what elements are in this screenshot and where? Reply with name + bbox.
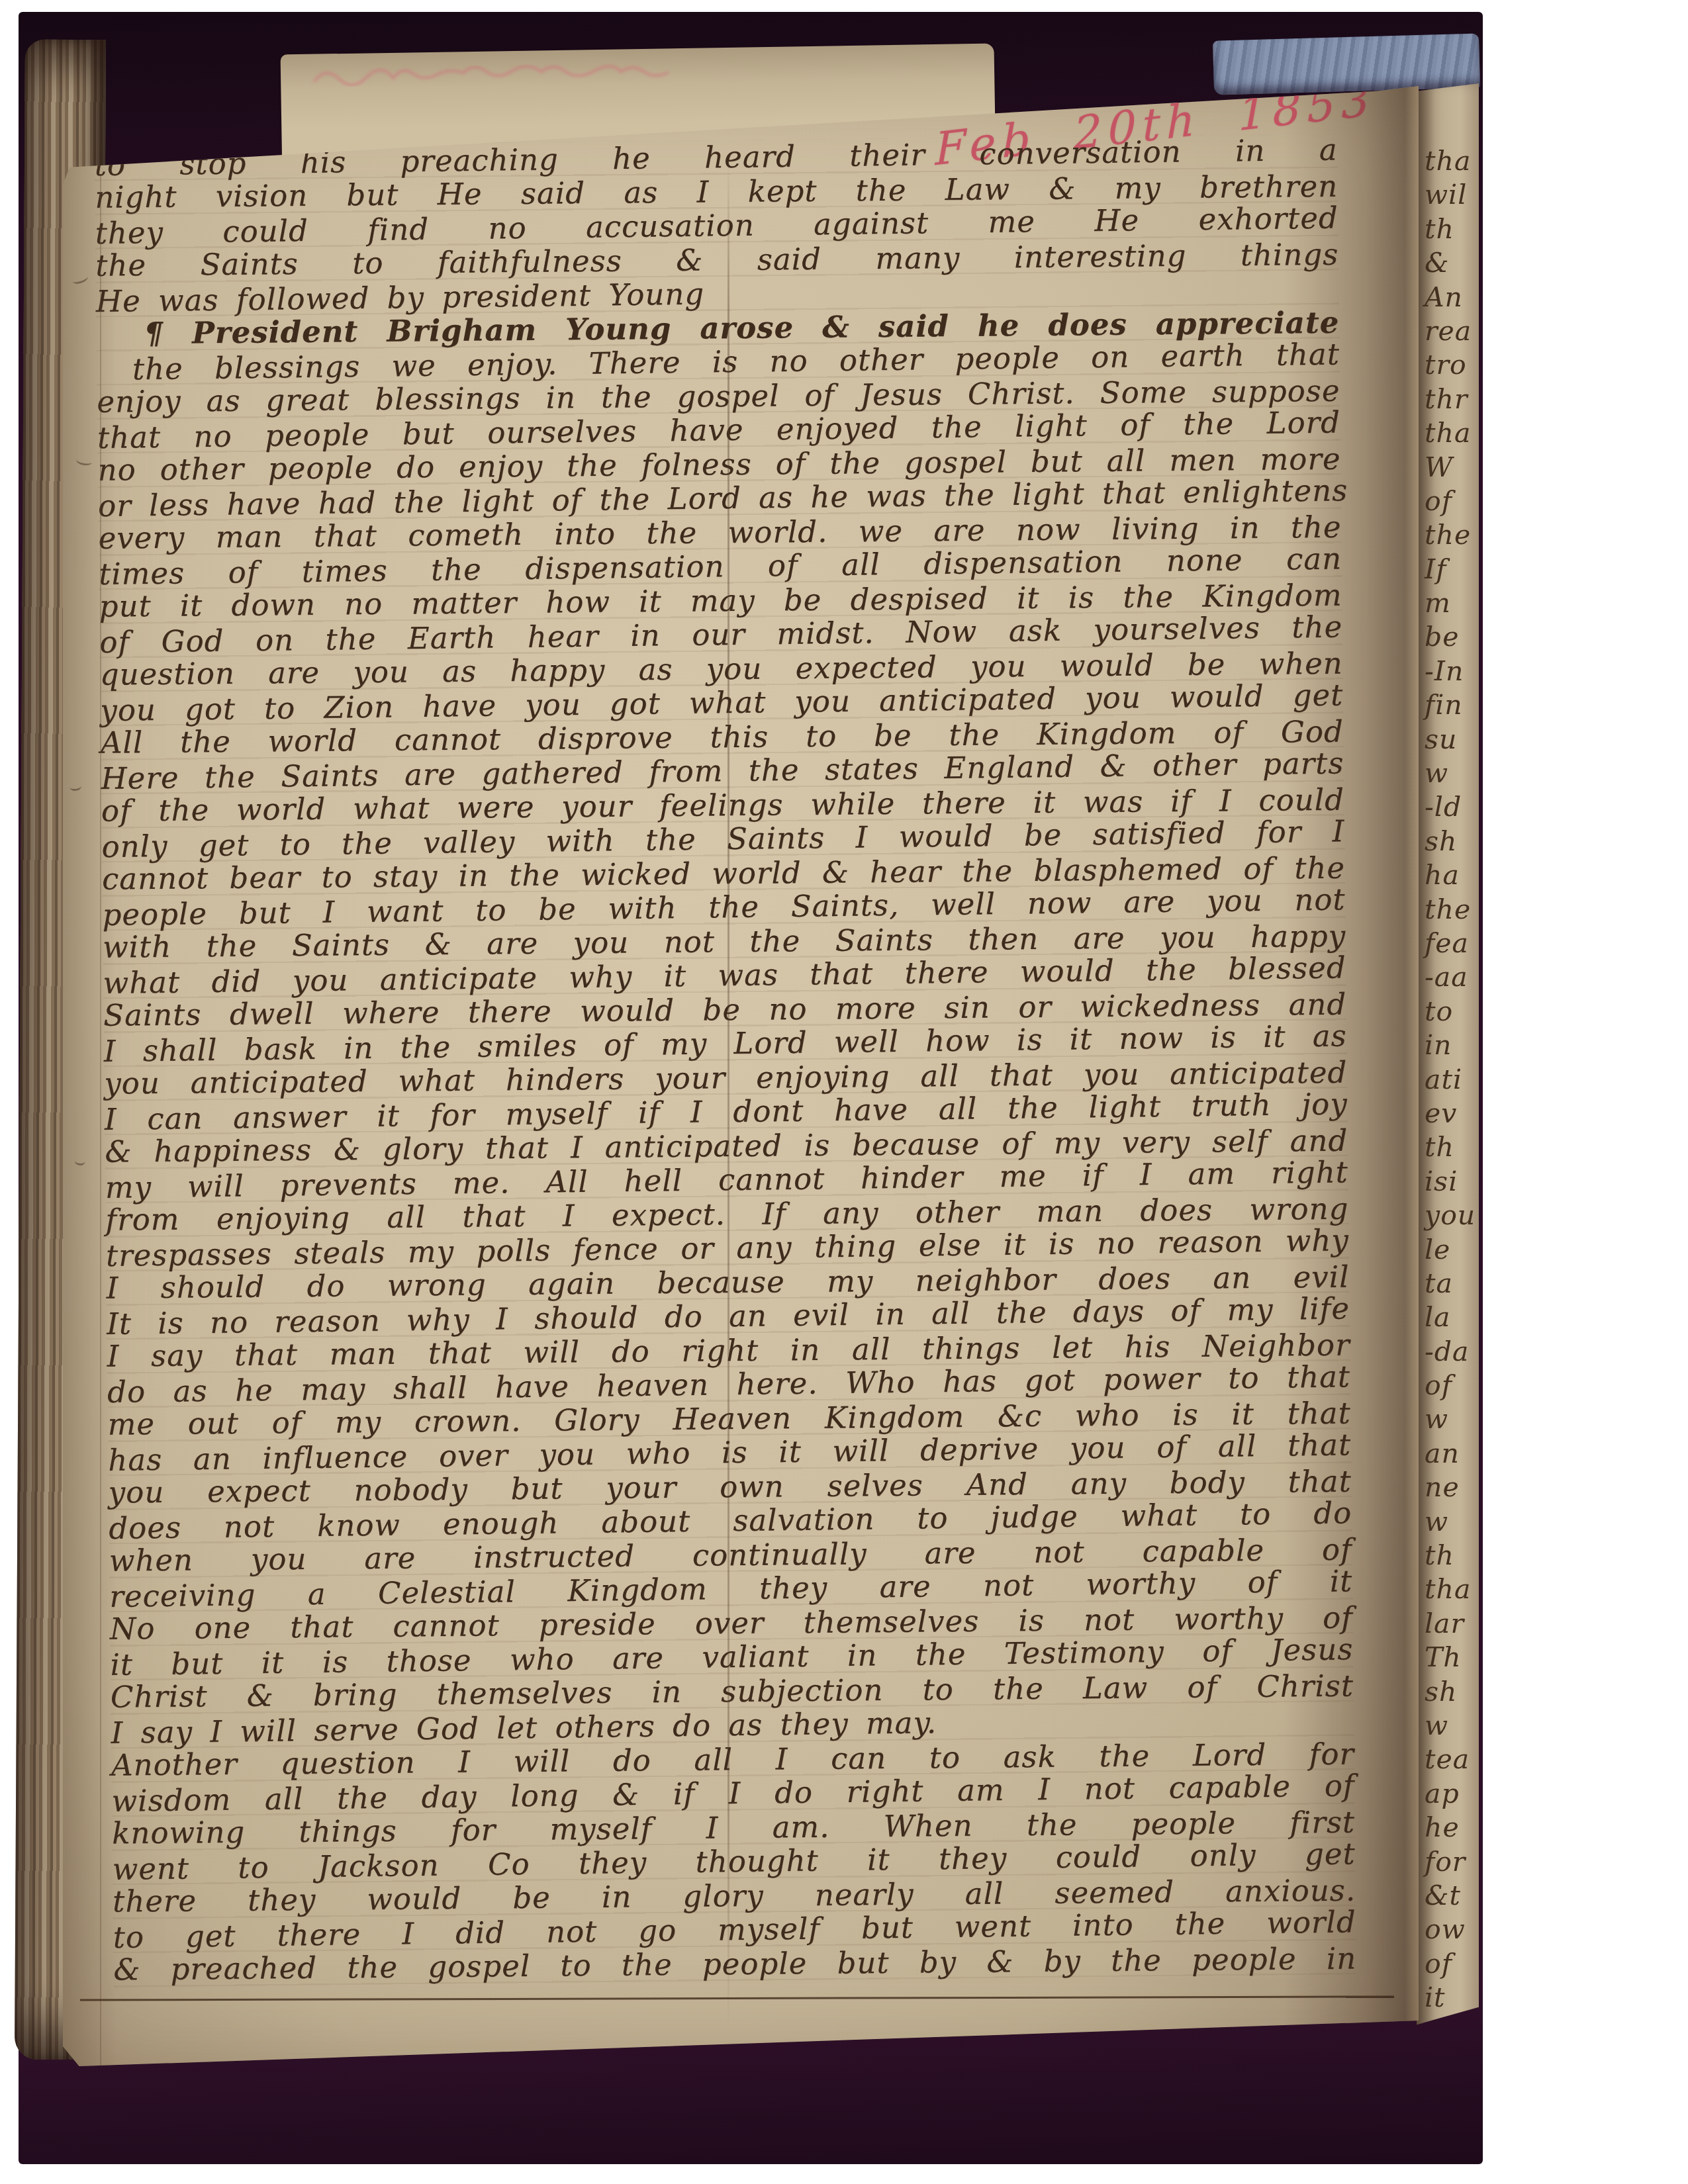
facing-page-sliver: thawilth&AnreatrothrthaWoftheIfmbe-Infin… bbox=[1417, 83, 1479, 2030]
left-margin-fold-line bbox=[100, 175, 101, 2115]
facing-page-line-fragment: sh bbox=[1425, 825, 1479, 858]
margin-pen-mark bbox=[69, 782, 81, 792]
page-center-crease bbox=[727, 162, 729, 2028]
facing-page-line-fragment: -aa bbox=[1425, 960, 1479, 994]
facing-page-line-fragment: rea bbox=[1425, 314, 1479, 348]
facing-page-line-fragment: fea bbox=[1425, 927, 1479, 960]
margin-pen-mark bbox=[75, 1156, 86, 1165]
facing-page-line-fragment: the bbox=[1425, 518, 1479, 552]
manuscript-text: to stop his preaching he heard their con… bbox=[94, 134, 1356, 1987]
facing-page-line-fragment: la bbox=[1425, 1300, 1479, 1334]
facing-page-line-fragment: w bbox=[1425, 756, 1479, 790]
facing-page-line-fragment: an bbox=[1425, 1437, 1479, 1471]
facing-page-line-fragment: -da bbox=[1425, 1335, 1479, 1369]
facing-page-line-fragment: ha bbox=[1425, 858, 1479, 892]
facing-page-line-fragments: thawilth&AnreatrothrthaWoftheIfmbe-Infin… bbox=[1425, 144, 1479, 2015]
facing-page-line-fragment: -In bbox=[1425, 655, 1479, 688]
margin-pen-mark bbox=[71, 273, 89, 286]
facing-page-line-fragment: be bbox=[1425, 620, 1479, 654]
binding-cloth bbox=[1213, 33, 1480, 95]
facing-page-line-fragment: you bbox=[1425, 1199, 1479, 1232]
faint-red-offset-writing bbox=[308, 53, 720, 99]
facing-page-line-fragment: su bbox=[1425, 723, 1479, 756]
facing-page-line-fragment: ow bbox=[1425, 1913, 1479, 1946]
facing-page-line-fragment: th bbox=[1425, 1539, 1479, 1572]
facing-page-line-fragment: w bbox=[1425, 1709, 1479, 1743]
facing-page-line-fragment: of bbox=[1425, 1369, 1479, 1402]
facing-page-line-fragment: isi bbox=[1425, 1165, 1479, 1199]
journal-scan: thawilth&AnreatrothrthaWoftheIfmbe-Infin… bbox=[0, 0, 1688, 2184]
facing-page-line-fragment: w bbox=[1425, 1402, 1479, 1436]
facing-page-line-fragment: w bbox=[1425, 1505, 1479, 1539]
bottom-rule-line bbox=[80, 1995, 1394, 2001]
facing-page-line-fragment: of bbox=[1425, 484, 1479, 518]
facing-page-line-fragment: the bbox=[1425, 893, 1479, 927]
facing-page-line-fragment: thr bbox=[1425, 383, 1479, 416]
facing-page-line-fragment: in bbox=[1425, 1028, 1479, 1062]
facing-page-line-fragment: of bbox=[1425, 1947, 1479, 1981]
facing-page-line-fragment: Th bbox=[1425, 1641, 1479, 1674]
facing-page-line-fragment: tea bbox=[1425, 1743, 1479, 1776]
facing-page-line-fragment: ta bbox=[1425, 1267, 1479, 1300]
facing-page-line-fragment: tro bbox=[1425, 348, 1479, 382]
facing-page-line-fragment: m bbox=[1425, 586, 1479, 620]
facing-page-line-fragment: ev bbox=[1425, 1097, 1479, 1130]
facing-page-line-fragment: he bbox=[1425, 1811, 1479, 1844]
facing-page-line-fragment: for bbox=[1425, 1845, 1479, 1879]
facing-page-line-fragment: tha bbox=[1425, 416, 1479, 450]
facing-page-line-fragment: sh bbox=[1425, 1675, 1479, 1709]
facing-page-line-fragment: ati bbox=[1425, 1063, 1479, 1097]
facing-page-line-fragment: to bbox=[1425, 995, 1479, 1028]
facing-page-line-fragment: ap bbox=[1425, 1777, 1479, 1811]
facing-page-line-fragment: An bbox=[1425, 281, 1479, 314]
facing-page-line-fragment: -ld bbox=[1425, 790, 1479, 824]
facing-page-line-fragment: tha bbox=[1425, 144, 1479, 178]
facing-page-line-fragment: wil bbox=[1425, 178, 1479, 212]
facing-page-line-fragment: ne bbox=[1425, 1471, 1479, 1504]
facing-page-line-fragment: le bbox=[1425, 1233, 1479, 1267]
facing-page-line-fragment: &t bbox=[1425, 1879, 1479, 1913]
margin-pen-mark bbox=[75, 455, 93, 467]
facing-page-line-fragment: th bbox=[1425, 1130, 1479, 1164]
facing-page-line-fragment: W bbox=[1425, 451, 1479, 484]
facing-page-line-fragment: & bbox=[1425, 246, 1479, 280]
facing-page-line-fragment: tha bbox=[1425, 1572, 1479, 1606]
manuscript-page: Feb 20th 1853 to stop his preaching he h… bbox=[63, 86, 1419, 2068]
facing-page-line-fragment: fin bbox=[1425, 688, 1479, 722]
facing-page-line-fragment: If bbox=[1425, 553, 1479, 586]
facing-page-line-fragment: lar bbox=[1425, 1607, 1479, 1641]
facing-page-line-fragment: th bbox=[1425, 212, 1479, 246]
